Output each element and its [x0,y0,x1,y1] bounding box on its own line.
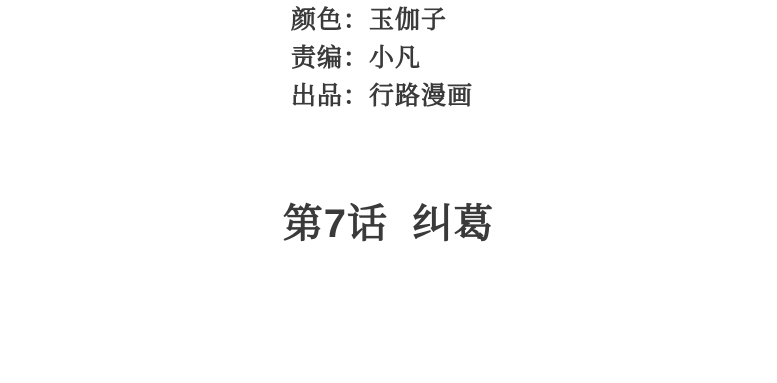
comic-page: 颜色：玉伽子 责编：小凡 出品：行路漫画 第7话 纠葛 [0,0,777,383]
credits-block: 颜色：玉伽子 责编：小凡 出品：行路漫画 [291,1,473,115]
chapter-title: 第7话 纠葛 [0,200,777,248]
credits-line-editor: 责编：小凡 [291,39,473,77]
credits-line-color: 颜色：玉伽子 [291,1,473,39]
credits-line-producer: 出品：行路漫画 [291,77,473,115]
